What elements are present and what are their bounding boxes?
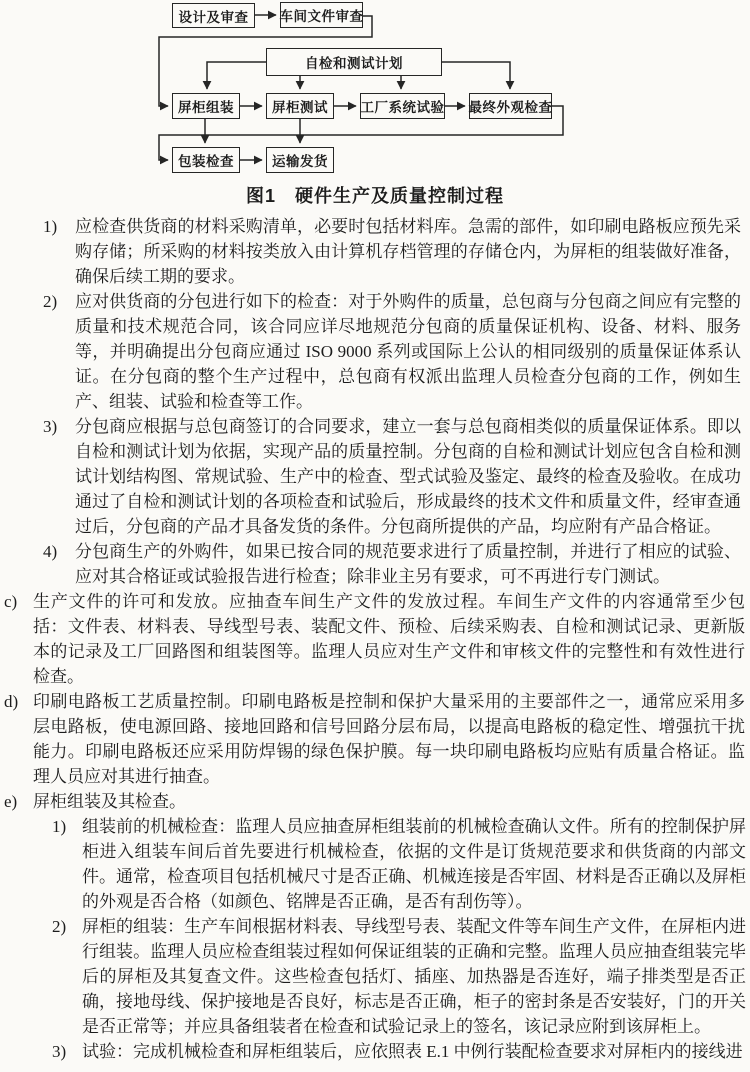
item-marker: 1) (43, 214, 75, 239)
item-marker: e) (4, 789, 33, 814)
list-item-e: e) 屏柜组装及其检查。 (0, 789, 750, 814)
item-marker: 2) (43, 289, 75, 314)
flow-box-transport-delivery: 运输发货 (266, 147, 334, 173)
item-marker: d) (4, 689, 33, 714)
list-item-c: c) 生产文件的许可和发放。应抽查车间生产文件的发放过程。车间生产文件的内容通常… (0, 589, 750, 689)
item-text: 应对供货商的分包进行如下的检查：对于外购件的质量，总包商与分包商之间应有完整的质… (75, 289, 741, 414)
item-marker: 4) (43, 539, 75, 564)
flow-box-cabinet-test: 屏柜测试 (266, 93, 334, 119)
item-text: 生产文件的许可和发放。应抽查车间生产文件的发放过程。车间生产文件的内容通常至少包… (33, 589, 745, 689)
flow-box-final-visual-inspection: 最终外观检查 (469, 93, 552, 119)
item-marker: 2) (52, 914, 82, 939)
list-item-1: 1) 应检查供货商的材料采购清单，必要时包括材料库。急需的部件，如印刷电路板应预… (0, 214, 750, 289)
flow-box-workshop-doc-review: 车间文件审查 (280, 2, 363, 28)
list-item-2: 2) 应对供货商的分包进行如下的检查：对于外购件的质量，总包商与分包商之间应有完… (0, 289, 750, 414)
item-text: 组装前的机械检查：监理人员应抽查屏柜组装前的机械检查确认文件。所有的控制保护屏柜… (82, 814, 746, 914)
item-text: 试验：完成机械检查和屏柜组装后，应依照表 E.1 中例行装配检查要求对屏柜内的接… (82, 1039, 746, 1064)
item-text: 印刷电路板工艺质量控制。印刷电路板是控制和保护大量采用的主要部件之一，通常应采用… (33, 689, 745, 789)
figure-caption: 图1 硬件生产及质量控制过程 (0, 182, 750, 208)
list-item-e3: 3) 试验：完成机械检查和屏柜组装后，应依照表 E.1 中例行装配检查要求对屏柜… (0, 1039, 750, 1064)
item-marker: 3) (43, 414, 75, 439)
item-text: 屏柜组装及其检查。 (33, 789, 745, 814)
item-marker: c) (4, 589, 33, 614)
flow-box-self-check-test-plan: 自检和测试计划 (266, 48, 442, 76)
item-text: 屏柜的组装：生产车间根据材料表、导线型号表、装配文件等车间生产文件，在屏柜内进行… (82, 914, 746, 1039)
flow-box-factory-system-test: 工厂系统试验 (360, 93, 445, 119)
list-item-e1: 1) 组装前的机械检查：监理人员应抽查屏柜组装前的机械检查确认文件。所有的控制保… (0, 814, 750, 914)
list-item-3: 3) 分包商应根据与总包商签订的合同要求，建立一套与总包商相类似的质量保证体系。… (0, 414, 750, 539)
item-text: 分包商生产的外购件，如果已按合同的规范要求进行了质量控制，并进行了相应的试验、应… (75, 539, 741, 589)
item-marker: 1) (52, 814, 82, 839)
flow-box-packing-inspection: 包装检查 (172, 147, 240, 173)
document-page: 设计及审查 车间文件审查 自检和测试计划 屏柜组装 屏柜测试 工厂系统试验 最终… (0, 0, 750, 1072)
list-item-d: d) 印刷电路板工艺质量控制。印刷电路板是控制和保护大量采用的主要部件之一，通常… (0, 689, 750, 789)
item-text: 应检查供货商的材料采购清单，必要时包括材料库。急需的部件，如印刷电路板应预先采购… (75, 214, 741, 289)
list-item-e2: 2) 屏柜的组装：生产车间根据材料表、导线型号表、装配文件等车间生产文件，在屏柜… (0, 914, 750, 1039)
flow-box-cabinet-assembly: 屏柜组装 (172, 93, 240, 119)
flowchart-figure: 设计及审查 车间文件审查 自检和测试计划 屏柜组装 屏柜测试 工厂系统试验 最终… (0, 0, 750, 212)
item-text: 分包商应根据与总包商签订的合同要求，建立一套与总包商相类似的质量保证体系。即以自… (75, 414, 741, 539)
list-item-4: 4) 分包商生产的外购件，如果已按合同的规范要求进行了质量控制，并进行了相应的试… (0, 539, 750, 589)
flow-box-design-review: 设计及审查 (172, 3, 255, 28)
body-text: 1) 应检查供货商的材料采购清单，必要时包括材料库。急需的部件，如印刷电路板应预… (0, 214, 750, 1064)
item-marker: 3) (52, 1039, 82, 1064)
